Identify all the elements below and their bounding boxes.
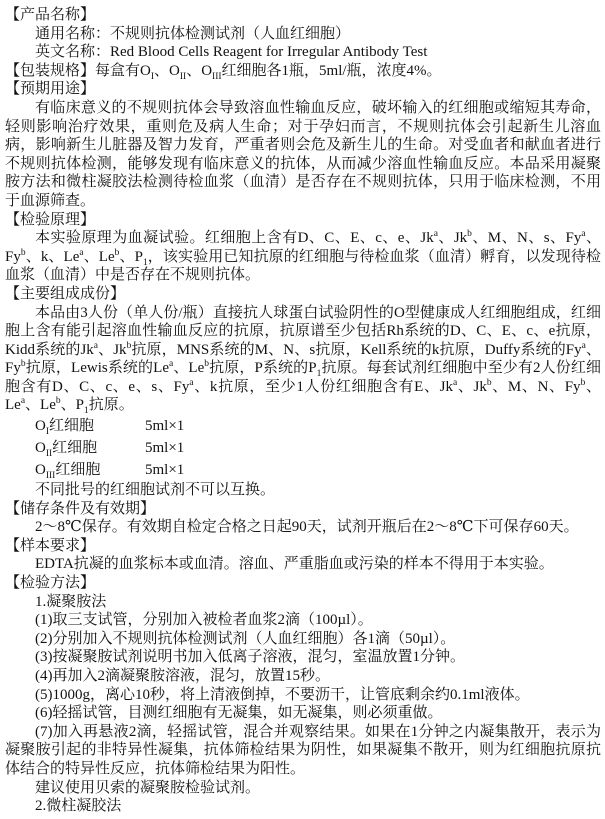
component-row-o1: OI红细胞5ml×1 [5,415,601,437]
section-heading-main-components: 【主要组成成份】 [5,285,601,304]
components-note: 不同批号的红细胞试剂不可以互换。 [5,481,601,500]
method1-step-6: (6)轻摇试管，目测红细胞有无凝集，如无凝集，则必须重做。 [5,704,601,723]
intended-use-paragraph: 有临床意义的不规则抗体会导致溶血性输血反应，破坏输入的红细胞或缩短其寿命，轻则影… [5,99,601,211]
component-label: OIII红细胞 [35,459,145,481]
component-qty: 5ml×1 [145,462,184,478]
component-label: OII红细胞 [35,437,145,459]
section-heading-intended-use: 【预期用途】 [5,80,601,99]
generic-name-line: 通用名称：不规则抗体检测试剂（人血红细胞） [5,25,601,44]
method1-step-5: (5)1000g，离心10秒，将上清液倒掉，不要沥干，让管底剩余约0.1ml液体… [5,686,601,705]
section-heading-storage: 【储存条件及有效期】 [5,500,601,519]
component-qty: 5ml×1 [145,440,184,456]
component-row-o3: OIII红细胞5ml×1 [5,459,601,481]
section-heading-sample-requirements: 【样本要求】 [5,537,601,556]
method2-title: 2.微柱凝胶法 [5,797,601,816]
section-heading-product-name: 【产品名称】 [5,6,601,25]
packaging-spec-line: 【包装规格】每盒有OI、OII、OIII红细胞各1瓶，5ml/瓶，浓度4%。 [5,62,601,81]
storage-paragraph: 2～8℃保存。有效期自检定合格之日起90天，试剂开瓶后在2～8℃下可保存60天。 [5,518,601,537]
method1-note: 建议使用贝索的凝聚胺检验试剂。 [5,779,601,798]
main-components-paragraph: 本品由3人份（单人份/瓶）直接抗人球蛋白试验阴性的O型健康成人红细胞组成，红细胞… [5,304,601,416]
method1-step-3: (3)按凝聚胺试剂说明书加入低离子溶液，混匀，室温放置1分钟。 [5,648,601,667]
test-principle-paragraph: 本实验原理为血凝试验。红细胞上含有D、C、E、c、e、Jka、Jkb、M、N、s… [5,229,601,285]
method1-step-4: (4)再加入2滴凝聚胺溶液，混匀，放置15秒。 [5,667,601,686]
section-heading-test-principle: 【检验原理】 [5,211,601,230]
method1-step-2: (2)分别加入不规则抗体检测试剂（人血红细胞）各1滴（50µl）。 [5,630,601,649]
method1-step-7: (7)加入再悬液2滴，轻摇试管，混合并观察结果。如果在1分钟之内凝集散开，表示为… [5,723,601,779]
section-heading-test-methods: 【检验方法】 [5,574,601,593]
method1-step-1: (1)取三支试管，分别加入被检者血浆2滴（100µl）。 [5,611,601,630]
component-label: OI红细胞 [35,415,145,437]
sample-requirements-paragraph: EDTA抗凝的血浆标本或血清。溶血、严重脂血或污染的样本不得用于本实验。 [5,555,601,574]
component-row-o2: OII红细胞5ml×1 [5,437,601,459]
method1-title: 1.凝聚胺法 [5,593,601,612]
reagent-instruction-document: 【产品名称】 通用名称：不规则抗体检测试剂（人血红细胞） 英文名称：Red Bl… [0,0,605,816]
component-qty: 5ml×1 [145,418,184,434]
english-name-line: 英文名称：Red Blood Cells Reagent for Irregul… [5,43,601,62]
